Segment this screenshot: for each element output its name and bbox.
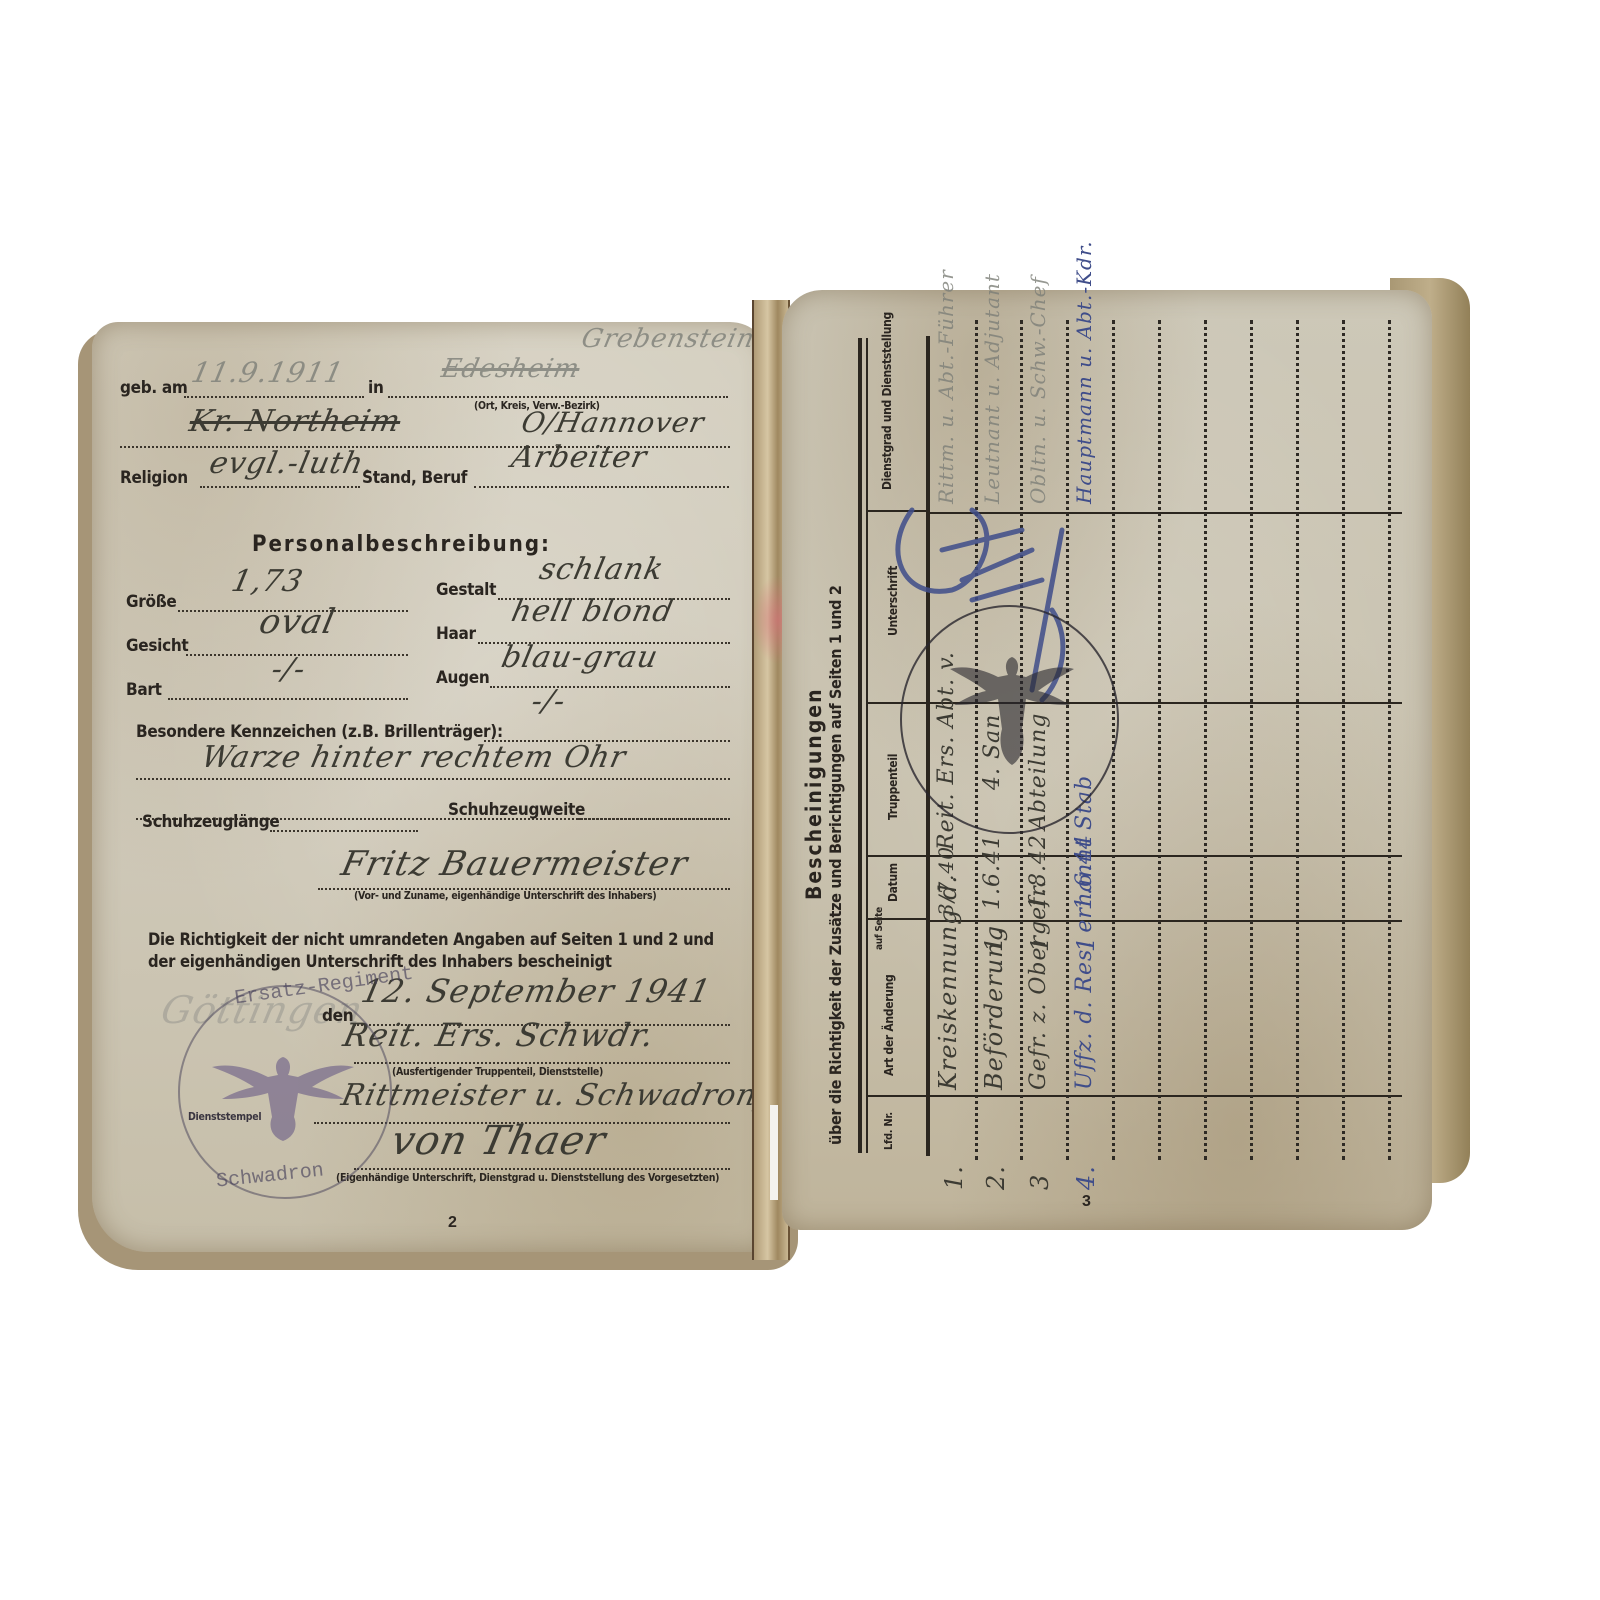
row-rank: Hauptmann u. Abt.-Kdr.: [1072, 240, 1096, 504]
row-date: 1.6.44: [1072, 834, 1097, 910]
build-label: Gestalt: [436, 580, 496, 600]
dotted-line: [168, 698, 408, 700]
eyes-value: blau-grau: [498, 640, 661, 675]
dotted-ruling: [1250, 320, 1253, 1160]
dotted-line: [490, 686, 730, 688]
hair-value: hell blond: [508, 594, 677, 629]
certification-line-1: Die Richtigkeit der nicht umrandeten Ang…: [148, 930, 714, 949]
dotted-line: [578, 818, 730, 820]
row-divider: [930, 920, 1402, 922]
official-stamp-right: [900, 605, 1119, 834]
beard-label: Bart: [126, 680, 162, 700]
height-label: Größe: [126, 592, 176, 612]
face-label: Gesicht: [126, 636, 188, 656]
row-nr: 4.: [1072, 1165, 1100, 1190]
col-header-page: auf Seite: [874, 907, 885, 950]
born-value: 11.9.1911: [188, 356, 347, 389]
holder-signature: Fritz Bauermeister: [338, 844, 692, 884]
col-header-change: Art der Änderung: [882, 975, 896, 1076]
beard-value: -/-: [268, 652, 309, 687]
row-rank: Leutnant u. Adjutant: [980, 273, 1004, 504]
religion-value: evgl.-luth.: [206, 446, 377, 481]
official-stamp-left: Ersatz-Regiment Schwadron Dienststempel: [178, 985, 392, 1199]
dotted-line: [200, 486, 360, 488]
dotted-line: [136, 778, 730, 780]
religion-label: Religion: [120, 468, 188, 488]
place-struck: Edesheim: [439, 354, 583, 384]
build-value: schlank: [536, 552, 667, 587]
col-header-unit: Truppenteil: [886, 754, 900, 820]
dotted-ruling: [1158, 320, 1161, 1160]
row-date: 1.8.42: [1026, 834, 1051, 910]
dotted-line: [270, 830, 418, 832]
dotted-ruling: [1342, 320, 1345, 1160]
height-value: 1,73: [228, 564, 306, 599]
dotted-ruling: [1204, 320, 1207, 1160]
col-header-rank: Dienstgrad und Dienststellung: [880, 312, 894, 490]
officer-signature: von Thaer: [387, 1118, 610, 1164]
marks-label: Besondere Kennzeichen (z.B. Brillenträge…: [136, 722, 503, 742]
dotted-line: [354, 1062, 730, 1064]
stamp-label: Dienststempel: [188, 1111, 261, 1123]
marks-value-1: -/-: [528, 684, 569, 719]
eyes-label: Augen: [436, 668, 489, 688]
description-heading: Personalbeschreibung:: [252, 532, 551, 557]
hair-label: Haar: [436, 624, 476, 644]
booklet-photo: geb. am 11.9.1911 in Edesheim Grebenstei…: [0, 0, 1600, 1600]
dotted-line: [354, 1168, 730, 1170]
row-rank: Obltn. u. Schw.-Chef: [1026, 276, 1050, 504]
holder-signature-hint: (Vor- und Zuname, eigenhändige Unterschr…: [354, 890, 656, 902]
col-divider: [868, 855, 926, 857]
row-page: 1: [1026, 936, 1054, 952]
table-left-border-inner: [866, 338, 868, 1153]
district-value: O/Hannover: [518, 406, 707, 439]
face-value: oval: [256, 602, 339, 642]
in-label: in: [368, 378, 384, 398]
col-divider: [868, 1095, 926, 1097]
row-page: 1.: [980, 927, 1008, 952]
dotted-line: [388, 396, 728, 398]
table-left-border: [858, 338, 862, 1153]
row-change: Gefr. z. Obergefr.: [1026, 880, 1051, 1090]
row-date: 3/7.40: [934, 846, 958, 916]
marks-value-2: Warze hinter rechtem Ohr: [198, 740, 629, 775]
row-nr: 2.: [982, 1165, 1010, 1190]
row-nr: 3: [1026, 1174, 1054, 1190]
shoe-length-label: Schuhzeuglänge: [142, 812, 279, 832]
page-3-subtitle: über die Richtigkeit der Zusätze und Ber…: [826, 585, 845, 1145]
row-rank: Rittm. u. Abt.-Führer: [934, 269, 958, 504]
stamp-ring-bottom: Schwadron: [215, 1159, 325, 1193]
col-header-nr: Lfd. Nr.: [882, 1112, 895, 1150]
dotted-ruling: [1388, 320, 1391, 1160]
occupation-label: Stand, Beruf: [362, 468, 467, 488]
page-number-2: 2: [448, 1214, 457, 1232]
col-header-date: Datum: [886, 863, 900, 902]
place-above: Grebenstein: [579, 324, 758, 354]
spine-tear: [770, 1105, 778, 1200]
born-label: geb. am: [120, 378, 188, 398]
dotted-ruling: [1296, 320, 1299, 1160]
unit-value: Reit. Ers. Schwdr.: [340, 1016, 658, 1054]
dotted-line: [184, 396, 364, 398]
page-number-3: 3: [1082, 1193, 1091, 1211]
occupation-value: Arbeiter: [508, 440, 650, 475]
officer-hint: (Eigenhändige Unterschrift, Dienstgrad u…: [336, 1172, 719, 1184]
row-divider: [930, 1095, 1402, 1097]
eagle-emblem-icon: [208, 1037, 358, 1147]
eagle-emblem-icon: [942, 647, 1082, 787]
page-3-title: Bescheinigungen: [802, 687, 826, 900]
district-struck: Kr. Northeim: [186, 404, 404, 439]
dotted-line: [474, 486, 729, 488]
row-nr: 1.: [940, 1165, 968, 1190]
row-page: 1: [1072, 936, 1100, 952]
row-date: 1.6.41: [980, 834, 1005, 910]
shoe-width-label: Schuhzeugweite: [448, 800, 585, 820]
unit-hint: (Ausfertigender Truppenteil, Dienststell…: [392, 1066, 603, 1078]
